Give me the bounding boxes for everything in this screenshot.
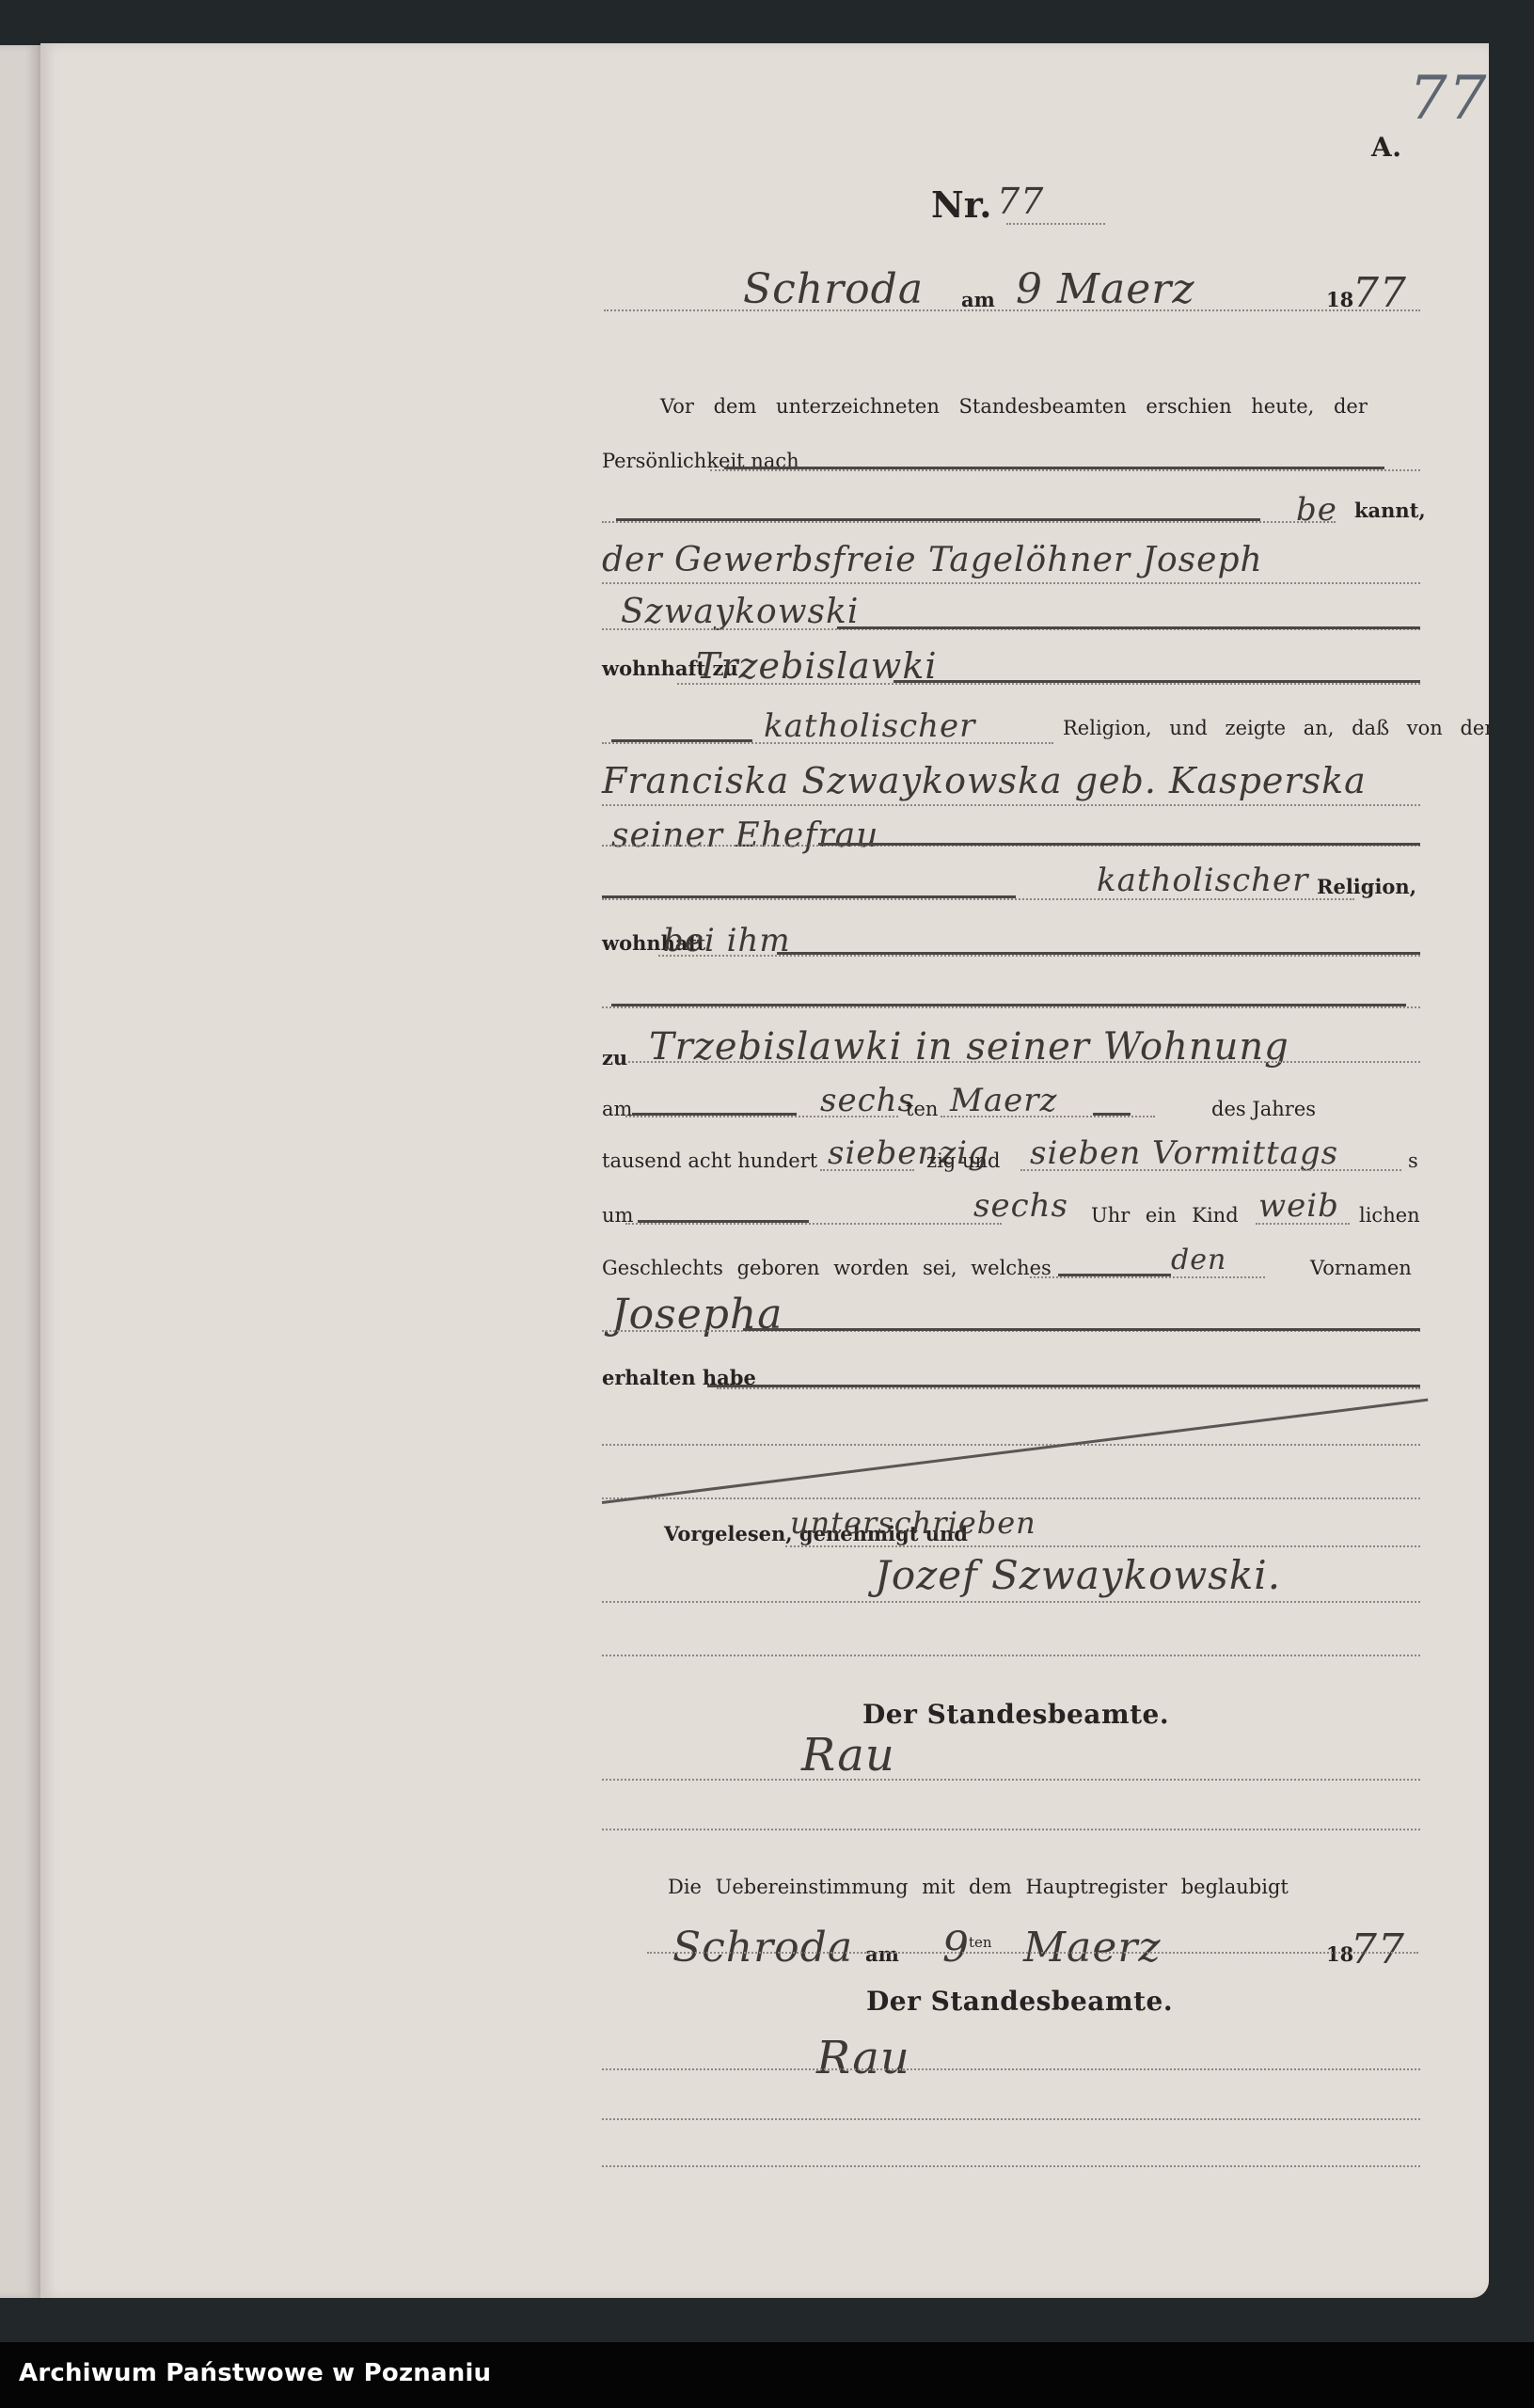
- archive-footer-bar: Archiwum Państwowe w Poznaniu: [0, 2342, 1534, 2408]
- entry-number-label: Nr.: [931, 183, 992, 226]
- informant-hand-line1: der Gewerbsfreie Tagelöhner Joseph: [602, 541, 1263, 579]
- erhalten-line: [717, 1387, 1420, 1389]
- erhalten-strike: [707, 1385, 1420, 1387]
- blank-line-2: [602, 1444, 1420, 1446]
- register-form: A. 77 Nr. 77 Schroda am 9 Maerz 18 77 Vo…: [0, 0, 1534, 2342]
- den-line: [1030, 1276, 1265, 1278]
- official-title-1: Der Standesbeamte.: [862, 1699, 1169, 1730]
- intro-text: Vor dem unterzeichneten Standesbeamten e…: [660, 395, 1368, 418]
- official-signature-1: Rau: [801, 1729, 895, 1782]
- wohnhaft-zu-line: [677, 683, 1420, 685]
- um-strike: [638, 1220, 809, 1223]
- bekannt-strike: [616, 518, 1260, 521]
- am-day-hand: sechs: [820, 1082, 915, 1119]
- mother-line: [602, 804, 1420, 806]
- religion2-strike: [602, 895, 1016, 898]
- am-date-line-2: [941, 1116, 1155, 1117]
- wife-hand: seiner Ehefrau: [611, 816, 878, 855]
- official2-line-1: [602, 2068, 1420, 2070]
- lichen-label: lichen: [1359, 1204, 1420, 1227]
- place-date-line: [604, 309, 1420, 311]
- tausend-line-1: [820, 1169, 914, 1171]
- am-label: am: [961, 288, 995, 311]
- ten-label: ten: [906, 1098, 938, 1120]
- am-date-strike-2: [1093, 1113, 1131, 1116]
- des-jahres-label: des Jahres: [1211, 1098, 1316, 1120]
- bekannt-hand: be: [1296, 491, 1337, 529]
- um-hand: sechs: [973, 1187, 1068, 1225]
- tausend-hand-2: sieben Vormittags: [1030, 1134, 1338, 1172]
- tausend-line-2: [1020, 1169, 1401, 1171]
- geschlechts-label: Geschlechts geboren worden sei, welches: [602, 1257, 1052, 1279]
- cert-year-suffix-hand: 77: [1351, 1925, 1405, 1973]
- uhr-kind-label: Uhr ein Kind: [1091, 1204, 1239, 1227]
- mother-hand: Franciska Szwaykowska geb. Kasperska: [602, 760, 1367, 801]
- cert-month-hand: Maerz: [1023, 1924, 1162, 1972]
- cert-ten-label: ten: [969, 1934, 992, 1951]
- date-hand: 9 Maerz: [1016, 265, 1195, 313]
- um-line: [625, 1223, 1002, 1225]
- religion1-strike: [611, 739, 752, 742]
- informant-line1: [602, 582, 1420, 584]
- religion1-print: Religion, und zeigte an, daß von der: [1063, 717, 1494, 739]
- official-line-2: [602, 1829, 1420, 1830]
- place-hand: Schroda: [743, 265, 924, 313]
- religion2-print: Religion,: [1317, 875, 1416, 898]
- wife-strike: [818, 843, 1420, 846]
- certification-text: Die Uebereinstimmung mit dem Hauptregist…: [668, 1876, 1289, 1898]
- personlichkeit-strike: [724, 467, 1384, 469]
- official-title-2: Der Standesbeamte.: [866, 1986, 1173, 2017]
- am-date-strike: [632, 1113, 797, 1116]
- vornamen-label: Vornamen: [1310, 1257, 1412, 1279]
- entry-number-line: [1006, 223, 1105, 225]
- page-number-pencil: 77: [1409, 64, 1487, 134]
- official-signature-2: Rau: [816, 2032, 910, 2084]
- signature-line-2: [602, 1655, 1420, 1656]
- wohnhaft-strike: [777, 952, 1420, 955]
- official2-line-2: [602, 2118, 1420, 2120]
- cert-day-hand: 9: [942, 1924, 970, 1972]
- den-hand: den: [1171, 1244, 1226, 1276]
- official2-line-3: [602, 2165, 1420, 2167]
- unterschrieben-hand: unterschrieben: [790, 1505, 1036, 1541]
- blank-line-1-strike: [611, 1004, 1406, 1006]
- vorgelesen-line: [785, 1545, 1420, 1547]
- year-prefix: 18: [1326, 288, 1353, 311]
- den-strike: [1058, 1274, 1171, 1276]
- signature-line-1: [602, 1601, 1420, 1603]
- wohnhaft-zu-strike: [894, 680, 1420, 683]
- blank-line-3: [602, 1497, 1420, 1499]
- bekannt-line: [602, 521, 1336, 523]
- zig-und-label: zig und: [926, 1149, 1000, 1172]
- personlichkeit-line: [710, 469, 1420, 471]
- section-letter: A.: [1371, 132, 1401, 163]
- informant-line2-strike: [837, 626, 1420, 629]
- am-month-hand: Maerz: [950, 1082, 1057, 1119]
- wohnhaft-hand: bei ihm: [663, 922, 791, 959]
- zu-label: zu: [602, 1046, 627, 1069]
- blank-line-1: [602, 1006, 1420, 1008]
- cert-year-prefix: 18: [1326, 1942, 1353, 1966]
- cancel-diagonal-line: [602, 1399, 1429, 1504]
- entry-number-value: 77: [997, 181, 1044, 222]
- gender-hand: weib: [1258, 1187, 1339, 1225]
- gender-line: [1256, 1223, 1350, 1225]
- tausend-label: tausend acht hundert: [602, 1149, 817, 1172]
- s-suffix: s: [1408, 1149, 1418, 1172]
- given-name-strike: [743, 1328, 1420, 1331]
- cert-place-hand: Schroda: [672, 1924, 853, 1972]
- bekannt-print: kannt,: [1354, 499, 1426, 522]
- cert-am-label: am: [865, 1942, 899, 1966]
- archive-name: Archiwum Państwowe w Poznaniu: [19, 2359, 491, 2387]
- religion1-hand: katholischer: [764, 707, 975, 745]
- cert-date-line: [647, 1952, 1418, 1954]
- wohnhaft-line: [658, 955, 1420, 957]
- informant-signature: Jozef Szwaykowski.: [875, 1552, 1281, 1598]
- informant-hand-line2: Szwaykowski: [621, 593, 859, 631]
- official-line-1: [602, 1779, 1420, 1781]
- religion2-hand: katholischer: [1097, 862, 1308, 899]
- zu-line: [628, 1061, 1420, 1063]
